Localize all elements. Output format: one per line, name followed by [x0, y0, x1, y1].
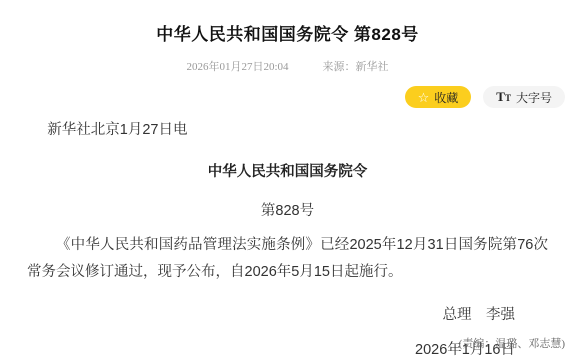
responsible-editors: (责编：温璐、邓志慧) [459, 335, 565, 351]
article-body: 新华社北京1月27日电 中华人民共和国国务院令 第828号 《中华人民共和国药品… [0, 118, 575, 359]
font-size-icon: T T [496, 89, 511, 105]
font-size-button[interactable]: T T 大字号 [483, 86, 565, 108]
favorite-button[interactable]: ☆ 收藏 [405, 86, 472, 108]
news-dateline: 新华社北京1月27日电 [27, 118, 548, 139]
page-title: 中华人民共和国国务院令 第828号 [0, 20, 575, 45]
premier-signature: 总理 李强 [27, 303, 548, 324]
article-page: 中华人民共和国国务院令 第828号 2026年01月27日20:04来源：新华社… [0, 0, 575, 361]
decree-title: 中华人民共和国国务院令 [27, 160, 548, 181]
star-icon: ☆ [418, 91, 430, 104]
font-size-button-label: 大字号 [516, 89, 552, 106]
article-meta: 2026年01月27日20:04来源：新华社 [0, 58, 575, 74]
source-label: 来源：新华社 [323, 61, 389, 73]
decree-body-text: 《中华人民共和国药品管理法实施条例》已经2025年12月31日国务院第76次常务… [27, 232, 548, 286]
favorite-button-label: 收藏 [434, 89, 458, 106]
font-size-icon-small-t: T [505, 93, 511, 103]
article-toolbar: ☆ 收藏 T T 大字号 [0, 86, 575, 108]
publish-datetime: 2026年01月27日20:04 [186, 61, 288, 73]
decree-number: 第828号 [27, 199, 548, 220]
font-size-icon-large-t: T [496, 89, 505, 105]
